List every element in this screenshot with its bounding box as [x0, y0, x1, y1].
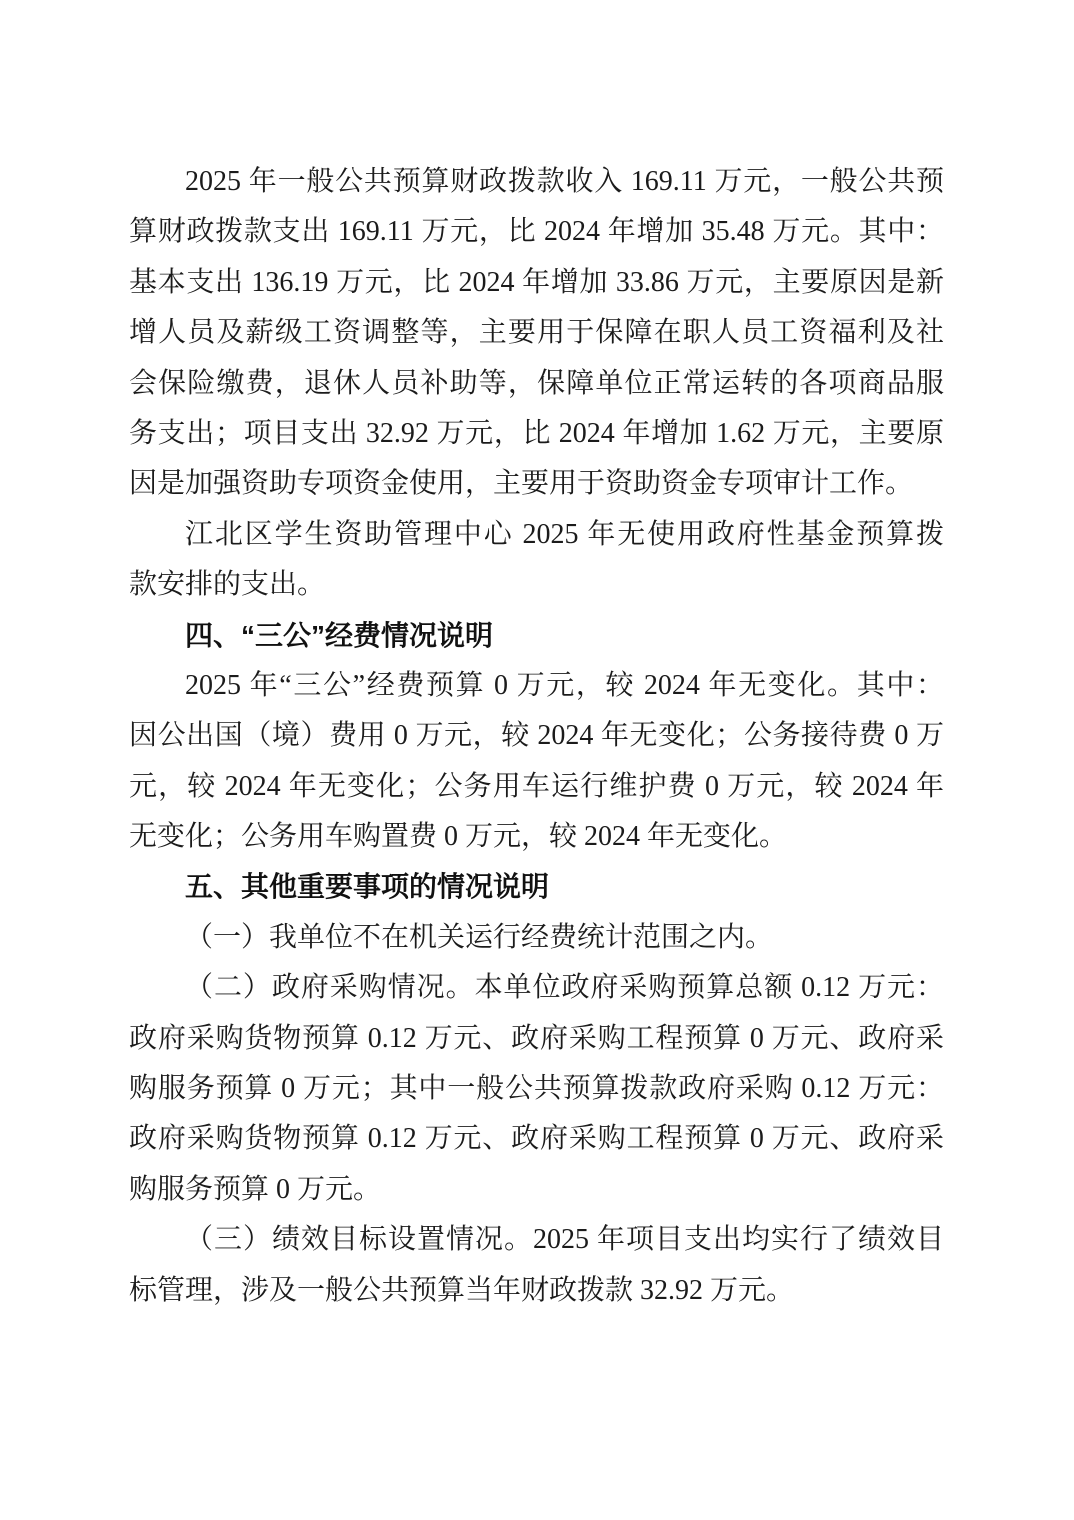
- government-procurement-paragraph-line-4: 政府采购货物预算 0.12 万元、政府采购工程预算 0 万元、政府采: [129, 1114, 944, 1164]
- document-content: 2025 年一般公共预算财政拨款收入 169.11 万元，一般公共预 算财政拨款…: [129, 157, 944, 1316]
- three-public-expenses-paragraph-line-1: 2025 年“三公”经费预算 0 万元，较 2024 年无变化。其中：: [129, 661, 944, 711]
- three-public-expenses-paragraph-line-2: 因公出国（境）费用 0 万元，较 2024 年无变化；公务接待费 0 万: [129, 711, 944, 761]
- government-procurement-paragraph-line-5: 购服务预算 0 万元。: [129, 1165, 944, 1215]
- section-five-heading: 五、其他重要事项的情况说明: [129, 862, 944, 912]
- government-procurement-paragraph-line-1: （二）政府采购情况。本单位政府采购预算总额 0.12 万元：: [129, 963, 944, 1013]
- fiscal-allocation-paragraph-line-2: 算财政拨款支出 169.11 万元，比 2024 年增加 35.48 万元。其中…: [129, 207, 944, 257]
- gov-fund-paragraph-line-1: 江北区学生资助管理中心 2025 年无使用政府性基金预算拨: [129, 510, 944, 560]
- page: 2025 年一般公共预算财政拨款收入 169.11 万元，一般公共预 算财政拨款…: [0, 0, 1074, 1520]
- fiscal-allocation-paragraph-line-7: 因是加强资助专项资金使用，主要用于资助资金专项审计工作。: [129, 459, 944, 509]
- fiscal-allocation-paragraph-line-4: 增人员及薪级工资调整等，主要用于保障在职人员工资福利及社: [129, 308, 944, 358]
- fiscal-allocation-paragraph-line-5: 会保险缴费，退休人员补助等，保障单位正常运转的各项商品服: [129, 359, 944, 409]
- section-four-heading: 四、“三公”经费情况说明: [129, 611, 944, 661]
- fiscal-allocation-paragraph-line-1: 2025 年一般公共预算财政拨款收入 169.11 万元，一般公共预: [129, 157, 944, 207]
- performance-target-paragraph-line-2: 标管理，涉及一般公共预算当年财政拨款 32.92 万元。: [129, 1266, 944, 1316]
- government-procurement-paragraph-line-3: 购服务预算 0 万元；其中一般公共预算拨款政府采购 0.12 万元：: [129, 1064, 944, 1114]
- performance-target-paragraph-line-1: （三）绩效目标设置情况。2025 年项目支出均实行了绩效目: [129, 1215, 944, 1265]
- three-public-expenses-paragraph-line-3: 元，较 2024 年无变化；公务用车运行维护费 0 万元，较 2024 年: [129, 762, 944, 812]
- gov-fund-paragraph-line-2: 款安排的支出。: [129, 560, 944, 610]
- three-public-expenses-paragraph-line-4: 无变化；公务用车购置费 0 万元，较 2024 年无变化。: [129, 812, 944, 862]
- fiscal-allocation-paragraph-line-3: 基本支出 136.19 万元，比 2024 年增加 33.86 万元，主要原因是…: [129, 258, 944, 308]
- agency-operating-expense-paragraph-line-1: （一）我单位不在机关运行经费统计范围之内。: [129, 913, 944, 963]
- government-procurement-paragraph-line-2: 政府采购货物预算 0.12 万元、政府采购工程预算 0 万元、政府采: [129, 1014, 944, 1064]
- fiscal-allocation-paragraph-line-6: 务支出；项目支出 32.92 万元，比 2024 年增加 1.62 万元，主要原: [129, 409, 944, 459]
